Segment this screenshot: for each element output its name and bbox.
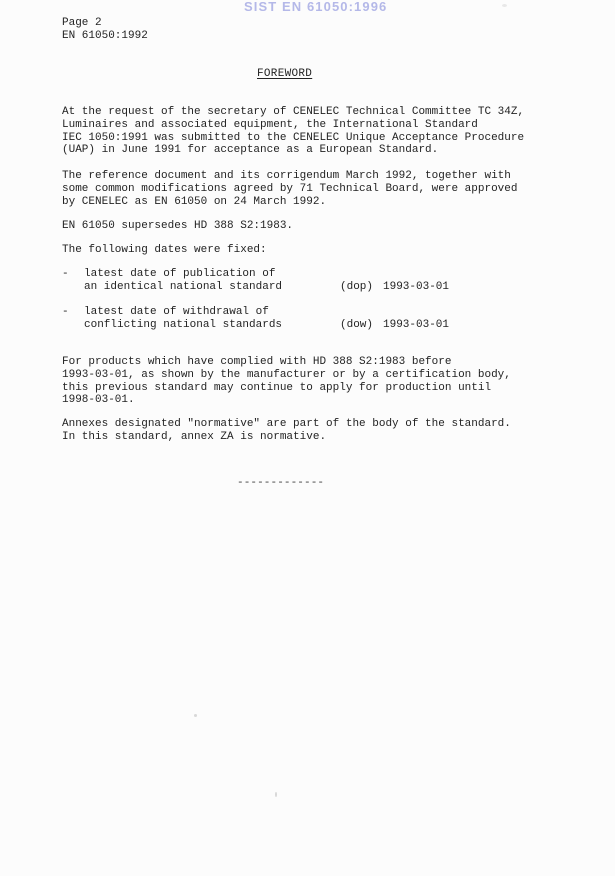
end-separator-dashes: ------------- [237, 477, 324, 490]
fixed-date-description: latest date of withdrawal of conflicting… [84, 306, 282, 332]
fixed-date-code: (dow) [340, 319, 373, 332]
fixed-date-value: 1993-03-01 [383, 281, 449, 294]
fixed-date-item-dop: - latest date of publication of an ident… [62, 268, 522, 295]
paragraph-transition-period: For products which have complied with HD… [62, 356, 554, 407]
paragraph-annexes: Annexes designated "normative" are part … [62, 418, 554, 444]
sist-watermark: SIST EN 61050:1996 [244, 1, 387, 14]
paragraph-dates-intro: The following dates were fixed: [62, 244, 554, 257]
fixed-date-value: 1993-03-01 [383, 319, 449, 332]
scan-speck [275, 792, 277, 797]
fixed-date-item-dow: - latest date of withdrawal of conflicti… [62, 306, 522, 333]
list-dash: - [62, 306, 69, 319]
standard-reference: EN 61050:1992 [62, 30, 148, 43]
paragraph-supersedes: EN 61050 supersedes HD 388 S2:1983. [62, 220, 554, 233]
paragraph-uap-request: At the request of the secretary of CENEL… [62, 106, 554, 157]
paragraph-reference-document: The reference document and its corrigend… [62, 170, 554, 208]
fixed-date-description: latest date of publication of an identic… [84, 268, 282, 294]
page-number-label: Page 2 [62, 17, 102, 30]
document-page: SIST EN 61050:1996 Page 2 EN 61050:1992 … [0, 0, 615, 876]
fixed-date-code: (dop) [340, 281, 373, 294]
scan-speck [194, 714, 197, 717]
foreword-title: FOREWORD [257, 68, 312, 81]
list-dash: - [62, 268, 69, 281]
scan-speck [502, 4, 507, 7]
